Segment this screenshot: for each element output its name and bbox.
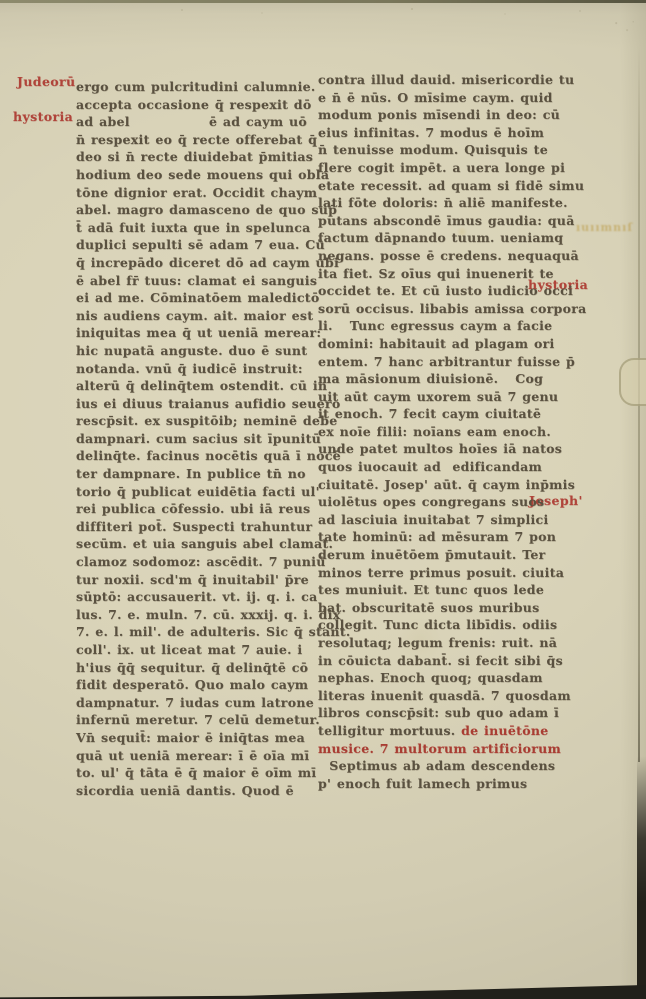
- text-line: putans abscondē īmus gaudia: quā: [318, 212, 570, 230]
- ink-text: to. ul' q̄ tāta ē q̄ maior ē oīm mī: [76, 765, 316, 780]
- text-line: ciuitatē. Josep' aūt. q̄ caym inp̄mis: [318, 476, 570, 494]
- text-line: ei ad me. Cōminatōem maledictō: [76, 289, 302, 307]
- ink-text: secūm. et uia sanguis abel clamat.: [76, 536, 333, 551]
- rubric-text: musice. 7 multorum artificiorum: [318, 741, 561, 756]
- corner-smudge: [606, 14, 640, 40]
- text-line: to. ul' q̄ tāta ē q̄ maior ē oīm mī: [76, 764, 302, 782]
- text-line: secūm. et uia sanguis abel clamat.: [76, 535, 302, 553]
- ink-text: t̄ adā fuit iuxta que in spelunca: [76, 220, 311, 235]
- text-line: it enoch. 7 fecit caym ciuitatē: [318, 405, 570, 423]
- ink-text: notanda. vnū q̄ iudicē instruit:: [76, 361, 303, 376]
- text-line: contra illud dauid. misericordie tu: [318, 71, 570, 89]
- text-line: sūptō: accusauerit. vt. ij. q. i. ca: [76, 588, 302, 606]
- text-line: sorū occisus. libabis amissa corpora: [318, 300, 570, 318]
- text-line: delinq̄te. facinus nocētis quā ī nocē: [76, 447, 302, 465]
- ink-text: fidit desperatō. Quo malo caym: [76, 677, 308, 692]
- text-line: nis audiens caym. ait. maior est: [76, 307, 302, 325]
- text-line: dampnari. cum sacius sit īpunitū: [76, 430, 302, 448]
- text-line: n̄ tenuisse modum. Quisquis te: [318, 141, 570, 159]
- ink-text: literas inuenit quasdā. 7 quosdam: [318, 688, 571, 703]
- text-line: rei publica cōfessio. ubi iā reus: [76, 500, 302, 518]
- ink-text: duplici sepulti sē adam 7 eua. Cū: [76, 237, 325, 252]
- text-line: negans. posse ē credens. nequaquā: [318, 247, 570, 265]
- text-line: ma māsionum diuisionē. Cog: [318, 370, 570, 388]
- ink-text: iniquitas mea q̄ ut ueniā merear:: [76, 325, 321, 340]
- ink-text: 7. e. l. mil'. de adulteris. Sic q̄ stan…: [76, 624, 351, 639]
- ink-text: ē abel fr̄ tuus: clamat ei sanguis: [76, 273, 317, 288]
- text-line: minos terre primus posuit. ciuita: [318, 564, 570, 582]
- text-line: tōne dignior erat. Occidit chaym: [76, 184, 302, 202]
- ink-text: hic nupatā anguste. duo ē sunt: [76, 343, 307, 358]
- text-line: domini: habitauit ad plagam ori: [318, 335, 570, 353]
- text-line: q̄ increpādo diceret dō ad caym ubi: [76, 254, 302, 272]
- text-line: ad abel ē ad caym uō: [76, 113, 302, 131]
- ink-text: unde patet multos hoīes iā natos: [318, 441, 562, 456]
- ink-text: sūptō: accusauerit. vt. ij. q. i. ca: [76, 589, 317, 604]
- text-line: ex noīe filii: noīans eam enoch.: [318, 423, 570, 441]
- ink-text: it enoch. 7 fecit caym ciuitatē: [318, 406, 541, 421]
- text-line: quā ut ueniā merear: ī ē oīa mī: [76, 747, 302, 765]
- ink-text: lati fōte doloris: n̄ aliē manifeste.: [318, 195, 568, 210]
- text-line: clamoz sodomoz: ascēdit. 7 puniū: [76, 553, 302, 571]
- ink-text: occidet te. Et cū iusto iudicio occi: [318, 283, 573, 298]
- fore-edge-tab: [619, 358, 646, 406]
- ink-text: tate hominū: ad mēsuram 7 pon: [318, 529, 556, 544]
- margin-note-judeorum: Judeorū: [17, 74, 76, 89]
- text-line: coll'. ix. ut liceat mat 7 auie. i: [76, 641, 302, 659]
- ink-text: factum dāpnando tuum. ueniamq: [318, 230, 563, 245]
- text-line: e n̄ ē nūs. O mīsime caym. quid: [318, 89, 570, 107]
- ink-text: tōne dignior erat. Occidit chaym: [76, 185, 317, 200]
- ink-text: contra illud dauid. misericordie tu: [318, 72, 574, 87]
- text-line: diffiteri pot̄. Suspecti trahuntur: [76, 518, 302, 536]
- ink-text: li. Tunc egressus caym a facie: [318, 318, 552, 333]
- ink-text: Vn̄ sequit̄: maior ē iniq̄tas mea: [76, 730, 305, 745]
- text-line: duplici sepulti sē adam 7 eua. Cū: [76, 236, 302, 254]
- ink-text: tes muniuit. Et tunc quos lede: [318, 582, 544, 597]
- ink-text: lus. 7. e. muln. 7. cū. xxxij. q. i. dix: [76, 607, 340, 622]
- text-line: literas inuenit quasdā. 7 quosdam: [318, 687, 570, 705]
- text-line: factum dāpnando tuum. ueniamq: [318, 229, 570, 247]
- text-line: flere cogit impēt. a uera longe pi: [318, 159, 570, 177]
- text-line: 7. e. l. mil'. de adulteris. Sic q̄ stan…: [76, 623, 302, 641]
- text-line: libros conscp̄sit: sub quo adam ī: [318, 704, 570, 722]
- text-line: p' enoch fuit lamech primus: [318, 775, 570, 793]
- ink-text: ius ei diuus traianus aufidio seuero: [76, 396, 340, 411]
- text-line: derum inuētōem p̄mutauit. Ter: [318, 546, 570, 564]
- text-line: h'ius q̄q̄ sequitur. q̄ delinq̄tē cō: [76, 659, 302, 677]
- ink-text: ergo cum pulcritudini calumnie.: [76, 79, 316, 94]
- ink-text: h'ius q̄q̄ sequitur. q̄ delinq̄tē cō: [76, 660, 308, 675]
- ink-text: ter dampnare. In publice tn̄ no: [76, 466, 306, 481]
- rubric-text: de inuētōne: [461, 723, 548, 738]
- faded-marginalia: ıuıımnıſ: [576, 221, 640, 237]
- ink-text: resolutaq; legum frenis: ruit. nā: [318, 635, 557, 650]
- text-line: musice. 7 multorum artificiorum: [318, 740, 570, 758]
- ink-text: accepta occasione q̄ respexit dō: [76, 97, 311, 112]
- ink-text: entem. 7 hanc arbitrantur fuisse p̄: [318, 354, 575, 369]
- ink-text: ex noīe filii: noīans eam enoch.: [318, 424, 551, 439]
- text-line: ad lasciuia inuitabat 7 simplici: [318, 511, 570, 529]
- ink-text: coll'. ix. ut liceat mat 7 auie. i: [76, 642, 302, 657]
- text-line: torio q̄ publicat euidētia facti ul': [76, 483, 302, 501]
- ink-text: dampnari. cum sacius sit īpunitū: [76, 431, 321, 446]
- ink-text: ma māsionum diuisionē. Cog: [318, 371, 543, 386]
- ink-text: torio q̄ publicat euidētia facti ul': [76, 484, 320, 499]
- ink-text: n̄ respexit eo q̄ recte offerebat q̄: [76, 132, 317, 147]
- ink-text: clamoz sodomoz: ascēdit. 7 puniū: [76, 554, 326, 569]
- ink-text: ita fiet. Sz oīus qui inuenerit te: [318, 266, 554, 281]
- text-line: alterū q̄ delinq̄tem ostendit. cū in: [76, 377, 302, 395]
- text-line: tes muniuit. Et tunc quos lede: [318, 581, 570, 599]
- text-line: uiolētus opes congregans suos: [318, 493, 570, 511]
- page-right-edge-shadow: [637, 756, 646, 999]
- ink-text: sorū occisus. libabis amissa corpora: [318, 301, 587, 316]
- text-line: sicordia ueniā dantis. Quod ē: [76, 782, 302, 800]
- dirt-speckles: [0, 4, 646, 18]
- page-bottom-edge-shadow: [0, 979, 646, 999]
- ink-text: uit aūt caym uxorem suā 7 genu: [318, 389, 558, 404]
- text-line: ter dampnare. In publice tn̄ no: [76, 465, 302, 483]
- ink-text: e n̄ ē nūs. O mīsime caym. quid: [318, 90, 553, 105]
- text-line: ius ei diuus traianus aufidio seuero: [76, 395, 302, 413]
- ink-text: nephas. Enoch quoq; quasdam: [318, 670, 543, 685]
- manuscript-page: Judeorū hystoria hystoria Joseph' ıuıımn…: [0, 0, 646, 999]
- text-line: in cōuicta dabant̄. si fecit sibi q̄s: [318, 652, 570, 670]
- text-line: tur noxii. scd'm q̄ inuitabil' p̄re: [76, 571, 302, 589]
- ink-text: infernū meretur. 7 celū demetur.: [76, 712, 320, 727]
- ink-text: domini: habitauit ad plagam ori: [318, 336, 555, 351]
- ink-text: collegit. Tunc dicta libīdis. odiis: [318, 617, 557, 632]
- text-line: collegit. Tunc dicta libīdis. odiis: [318, 616, 570, 634]
- ink-text: negans. posse ē credens. nequaquā: [318, 248, 579, 263]
- ink-text: uiolētus opes congregans suos: [318, 494, 544, 509]
- ink-text: etate recessit. ad quam si fidē simu: [318, 178, 584, 193]
- ink-text: dampnatur. 7 iudas cum latrone: [76, 695, 314, 710]
- text-line: rescp̄sit. ex suspitōib; neminē debe: [76, 412, 302, 430]
- ink-text: derum inuētōem p̄mutauit. Ter: [318, 547, 546, 562]
- ink-text: abel. magro damasceno de quo sup̄: [76, 202, 337, 217]
- ink-text: bat. obscuritatē suos muribus: [318, 600, 539, 615]
- text-line: unde patet multos hoīes iā natos: [318, 440, 570, 458]
- text-line: modum ponis mīsendi in deo: cū: [318, 106, 570, 124]
- ink-text: ad lasciuia inuitabat 7 simplici: [318, 512, 549, 527]
- margin-note-hystoria-left: hystoria: [13, 109, 73, 124]
- text-column-right: contra illud dauid. misericordie tue n̄ …: [318, 71, 570, 792]
- text-line: infernū meretur. 7 celū demetur.: [76, 711, 302, 729]
- text-line: ita fiet. Sz oīus qui inuenerit te: [318, 265, 570, 283]
- text-line: dampnatur. 7 iudas cum latrone: [76, 694, 302, 712]
- text-line: etate recessit. ad quam si fidē simu: [318, 177, 570, 195]
- ink-text: q̄ increpādo diceret dō ad caym ubi: [76, 255, 339, 270]
- text-line: Vn̄ sequit̄: maior ē iniq̄tas mea: [76, 729, 302, 747]
- text-line: hodium deo sede mouens qui obla: [76, 166, 302, 184]
- text-line: nephas. Enoch quoq; quasdam: [318, 669, 570, 687]
- text-line: uit aūt caym uxorem suā 7 genu: [318, 388, 570, 406]
- page-top-edge: [0, 0, 646, 3]
- text-line: resolutaq; legum frenis: ruit. nā: [318, 634, 570, 652]
- text-line: lus. 7. e. muln. 7. cū. xxxij. q. i. dix: [76, 606, 302, 624]
- text-line: eius infinitas. 7 modus ē hoīm: [318, 124, 570, 142]
- text-line: quos iuocauit ad edificandam: [318, 458, 570, 476]
- text-line: fidit desperatō. Quo malo caym: [76, 676, 302, 694]
- text-line: ē abel fr̄ tuus: clamat ei sanguis: [76, 272, 302, 290]
- text-line: occidet te. Et cū iusto iudicio occi: [318, 282, 570, 300]
- ink-text: libros conscp̄sit: sub quo adam ī: [318, 705, 559, 720]
- ink-text: n̄ tenuisse modum. Quisquis te: [318, 142, 548, 157]
- ink-text: sicordia ueniā dantis. Quod ē: [76, 783, 294, 798]
- ink-text: telligitur mortuus.: [318, 723, 461, 738]
- text-line: ergo cum pulcritudini calumnie.: [76, 78, 302, 96]
- text-line: iniquitas mea q̄ ut ueniā merear:: [76, 324, 302, 342]
- text-line: telligitur mortuus. de inuētōne: [318, 722, 570, 740]
- text-column-left: ergo cum pulcritudini calumnie.accepta o…: [76, 78, 302, 799]
- text-line: lati fōte doloris: n̄ aliē manifeste.: [318, 194, 570, 212]
- text-line: hic nupatā anguste. duo ē sunt: [76, 342, 302, 360]
- ink-text: delinq̄te. facinus nocētis quā ī nocē: [76, 448, 341, 463]
- ink-text: deo si n̄ recte diuidebat p̄mitias: [76, 149, 313, 164]
- ink-text: tur noxii. scd'm q̄ inuitabil' p̄re: [76, 572, 309, 587]
- ink-text: putans abscondē īmus gaudia: quā: [318, 213, 575, 228]
- ink-text: modum ponis mīsendi in deo: cū: [318, 107, 560, 122]
- text-line: n̄ respexit eo q̄ recte offerebat q̄: [76, 131, 302, 149]
- ink-text: p' enoch fuit lamech primus: [318, 776, 527, 791]
- text-line: accepta occasione q̄ respexit dō: [76, 96, 302, 114]
- ink-text: ciuitatē. Josep' aūt. q̄ caym inp̄mis: [318, 477, 575, 492]
- text-line: tate hominū: ad mēsuram 7 pon: [318, 528, 570, 546]
- text-line: li. Tunc egressus caym a facie: [318, 317, 570, 335]
- ink-text: quā ut ueniā merear: ī ē oīa mī: [76, 748, 309, 763]
- ink-text: rei publica cōfessio. ubi iā reus: [76, 501, 310, 516]
- ink-text: minos terre primus posuit. ciuita: [318, 565, 564, 580]
- ink-text: ei ad me. Cōminatōem maledictō: [76, 290, 319, 305]
- ink-text: diffiteri pot̄. Suspecti trahuntur: [76, 519, 312, 534]
- text-line: deo si n̄ recte diuidebat p̄mitias: [76, 148, 302, 166]
- text-line: entem. 7 hanc arbitrantur fuisse p̄: [318, 353, 570, 371]
- text-line: bat. obscuritatē suos muribus: [318, 599, 570, 617]
- ink-text: ad abel ē ad caym uō: [76, 114, 307, 129]
- ink-text: hodium deo sede mouens qui obla: [76, 167, 329, 182]
- text-line: abel. magro damasceno de quo sup̄: [76, 201, 302, 219]
- ink-text: nis audiens caym. ait. maior est: [76, 308, 313, 323]
- text-line: Septimus ab adam descendens: [318, 757, 570, 775]
- ink-text: in cōuicta dabant̄. si fecit sibi q̄s: [318, 653, 563, 668]
- ink-text: Septimus ab adam descendens: [318, 758, 555, 773]
- text-line: t̄ adā fuit iuxta que in spelunca: [76, 219, 302, 237]
- ink-text: alterū q̄ delinq̄tem ostendit. cū in: [76, 378, 327, 393]
- ink-text: eius infinitas. 7 modus ē hoīm: [318, 125, 544, 140]
- ink-text: rescp̄sit. ex suspitōib; neminē debe: [76, 413, 337, 428]
- text-line: notanda. vnū q̄ iudicē instruit:: [76, 360, 302, 378]
- ink-text: flere cogit impēt. a uera longe pi: [318, 160, 565, 175]
- ink-text: quos iuocauit ad edificandam: [318, 459, 542, 474]
